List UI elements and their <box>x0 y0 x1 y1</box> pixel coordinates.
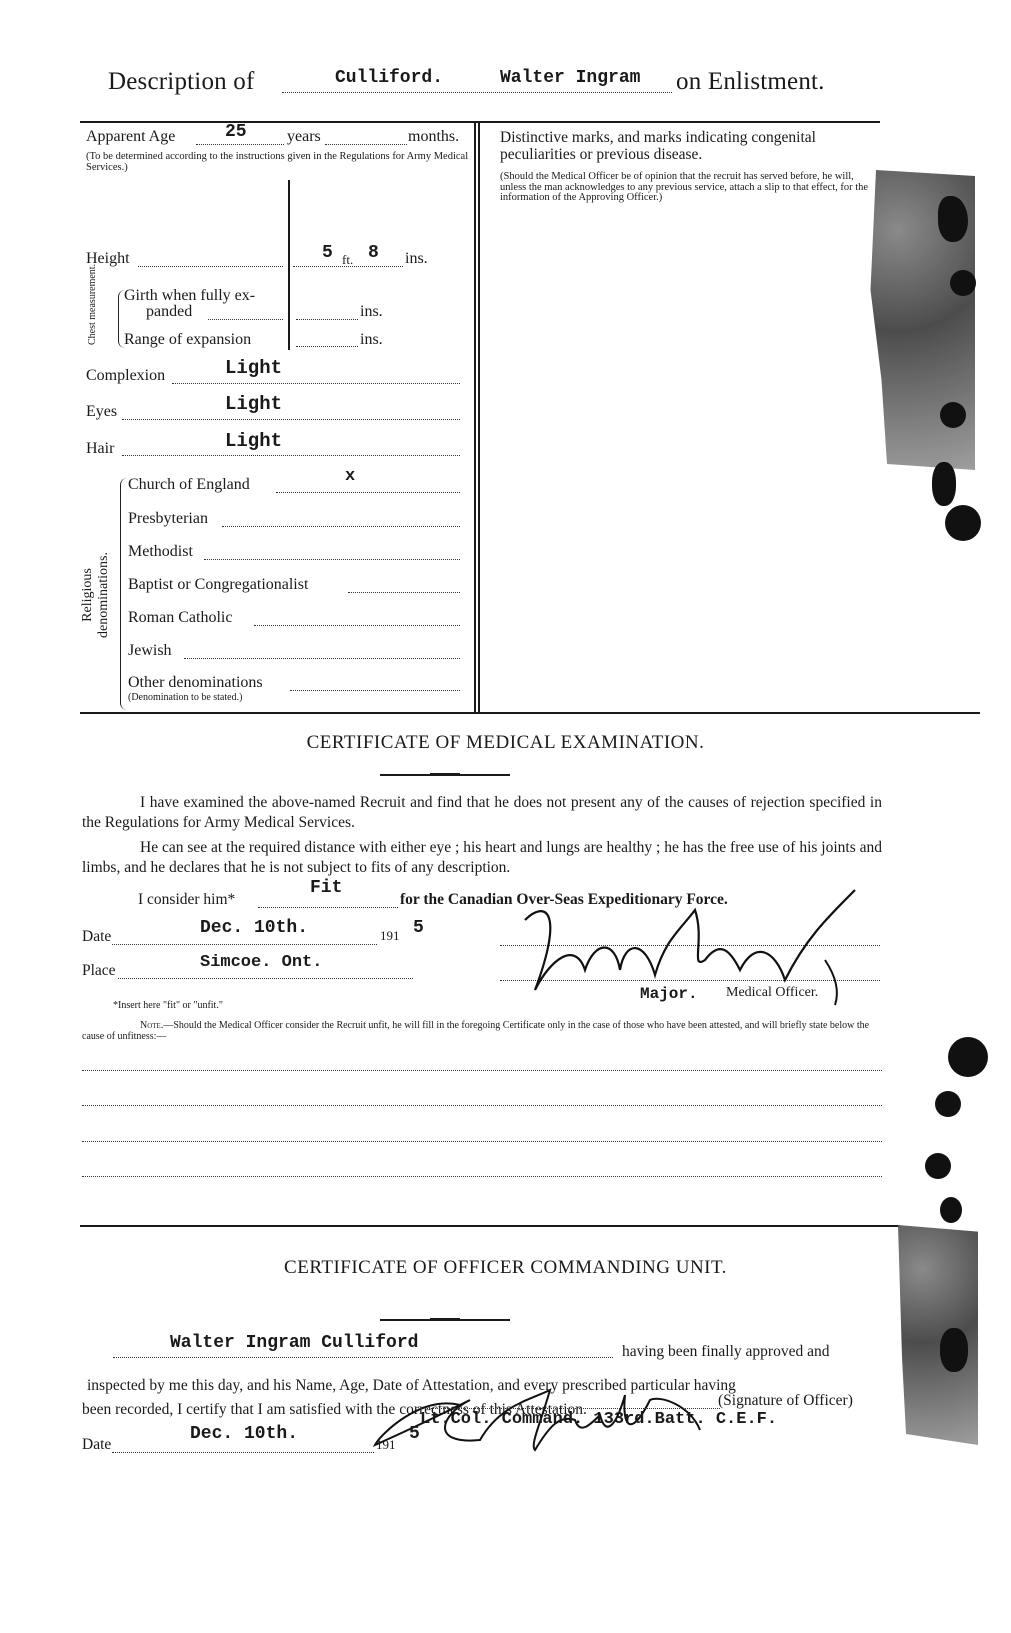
chest-measurement-label: Chest measurement. <box>88 285 98 345</box>
unfitness-note: Note.—Should the Medical Officer conside… <box>82 1020 882 1042</box>
unfitness-line-4[interactable] <box>82 1176 882 1177</box>
religion-baptist-label: Baptist or Congregationalist <box>128 576 308 594</box>
note-text: —Should the Medical Officer consider the… <box>82 1020 869 1042</box>
officer-date-value: Dec. 10th. <box>190 1424 298 1444</box>
punch-hole <box>925 1153 951 1179</box>
age-note: (To be determined according to the instr… <box>86 151 471 173</box>
girth-ins-label: ins. <box>360 303 383 321</box>
religion-jewish-field[interactable] <box>184 658 460 659</box>
medical-date-value: Dec. 10th. <box>200 918 308 938</box>
fitness-line <box>258 907 398 908</box>
religion-presbyterian-label: Presbyterian <box>128 510 208 528</box>
religion-presbyterian-field[interactable] <box>222 526 460 527</box>
height-line <box>138 266 283 267</box>
religion-methodist-field[interactable] <box>204 559 460 560</box>
religion-jewish-label: Jewish <box>128 642 172 660</box>
medical-year-digit: 5 <box>413 918 424 938</box>
medical-officer-rank: Major. <box>640 985 698 1003</box>
religious-denominations-label: Religious denominations. <box>80 530 112 660</box>
officer-certificate-title: CERTIFICATE OF OFFICER COMMANDING UNIT. <box>0 1257 1011 1279</box>
section-rule-1 <box>80 712 980 714</box>
given-names-value: Walter Ingram <box>500 68 640 88</box>
distinctive-marks-note: (Should the Medical Officer be of opinio… <box>500 172 880 204</box>
punch-hole <box>940 1197 962 1223</box>
hair-line <box>122 455 460 456</box>
range-label: Range of expansion <box>124 331 251 349</box>
religion-church-of-england-field[interactable] <box>276 492 460 493</box>
column-divider-a <box>474 122 476 712</box>
height-ins-label: ins. <box>405 250 428 268</box>
religion-baptist-field[interactable] <box>348 592 460 593</box>
officer-year-digit: 5 <box>409 1424 420 1444</box>
eyes-line <box>122 419 460 420</box>
punch-hole <box>932 462 956 506</box>
medical-date-label: Date <box>82 928 111 946</box>
religion-other-label: Other denominations <box>128 674 263 692</box>
punch-hole <box>940 1328 968 1372</box>
medical-certificate-title: CERTIFICATE OF MEDICAL EXAMINATION. <box>0 732 1011 754</box>
punch-hole <box>950 270 976 296</box>
signature-of-officer-label: (Signature of Officer) <box>718 1392 853 1410</box>
months-label: months. <box>408 128 459 146</box>
religion-roman-catholic-field[interactable] <box>254 625 460 626</box>
distinctive-marks-title: Distinctive marks, and marks indicating … <box>500 129 885 163</box>
unfitness-line-1[interactable] <box>82 1070 882 1071</box>
place-label: Place <box>82 962 116 980</box>
section-rule-2 <box>80 1225 900 1227</box>
place-line <box>118 978 413 979</box>
medical-date-line <box>112 944 377 945</box>
distinctive-marks-field[interactable] <box>500 220 840 700</box>
unfitness-line-2[interactable] <box>82 1105 882 1106</box>
eyes-value: Light <box>225 393 282 415</box>
range-field[interactable] <box>296 346 358 347</box>
column-divider-b <box>478 122 480 712</box>
medical-year-prefix: 191 <box>380 928 400 944</box>
commanding-officer-title: Lt.Col. Command. 133rd.Batt. C.E.F. <box>420 1410 777 1429</box>
complexion-value: Light <box>225 357 282 379</box>
range-ins-label: ins. <box>360 331 383 349</box>
recruit-name-value: Walter Ingram Culliford <box>170 1333 418 1353</box>
top-rule <box>80 121 880 123</box>
girth-line-a <box>208 319 283 320</box>
months-line <box>325 144 407 145</box>
punch-hole <box>935 1091 961 1117</box>
officer-date-label: Date <box>82 1436 111 1454</box>
punch-hole <box>940 402 966 428</box>
eyes-label: Eyes <box>86 403 117 421</box>
punch-hole <box>938 196 968 242</box>
punch-hole <box>948 1037 988 1077</box>
hair-value: Light <box>225 430 282 452</box>
complexion-line <box>172 383 460 384</box>
denomination-note: (Denomination to be stated.) <box>128 692 242 703</box>
consider-label: I consider him* <box>138 891 235 909</box>
medical-para-2: He can see at the required distance with… <box>82 838 882 878</box>
height-in-value: 8 <box>368 243 379 263</box>
apparent-age-value: 25 <box>225 122 247 142</box>
complexion-label: Complexion <box>86 367 165 385</box>
girth-label-2: panded <box>146 303 192 321</box>
officer-date-line <box>112 1452 374 1453</box>
medical-para-1: I have examined the above-named Recruit … <box>82 793 882 833</box>
age-line <box>196 144 284 145</box>
surname-value: Culliford. <box>335 68 443 88</box>
recruit-name-line <box>113 1357 613 1358</box>
apparent-age-label: Apparent Age <box>86 128 175 146</box>
note-label: Note. <box>140 1020 163 1031</box>
medical-officer-title: Medical Officer. <box>726 985 818 1001</box>
height-ft-value: 5 <box>322 243 333 263</box>
officer-line-1-suffix: having been finally approved and <box>622 1343 829 1361</box>
fitness-value: Fit <box>310 878 342 898</box>
religion-other-field[interactable] <box>290 690 460 691</box>
medical-title-underline-bold <box>430 773 460 776</box>
insert-note: *Insert here "fit" or "unfit." <box>113 1000 223 1011</box>
religion-brace <box>120 478 127 710</box>
place-value: Simcoe. Ont. <box>200 953 322 972</box>
punch-hole <box>945 505 981 541</box>
religion-church-of-england-mark: x <box>345 467 355 486</box>
left-inner-divider <box>288 180 290 350</box>
religion-church-of-england-label: Church of England <box>128 476 250 494</box>
religion-roman-catholic-label: Roman Catholic <box>128 609 232 627</box>
hair-label: Hair <box>86 440 114 458</box>
surname-line <box>282 92 672 93</box>
form-title-prefix: Description of <box>108 68 255 96</box>
years-label: years <box>287 128 321 146</box>
girth-field[interactable] <box>296 319 358 320</box>
officer-year-prefix: 191 <box>376 1437 396 1453</box>
officer-title-underline-bold <box>430 1318 460 1321</box>
religion-methodist-label: Methodist <box>128 543 193 561</box>
ft-label: ft. <box>342 252 353 268</box>
unfitness-line-3[interactable] <box>82 1141 882 1142</box>
form-title-suffix: on Enlistment. <box>676 68 825 96</box>
officer-signature-line <box>420 1408 720 1409</box>
